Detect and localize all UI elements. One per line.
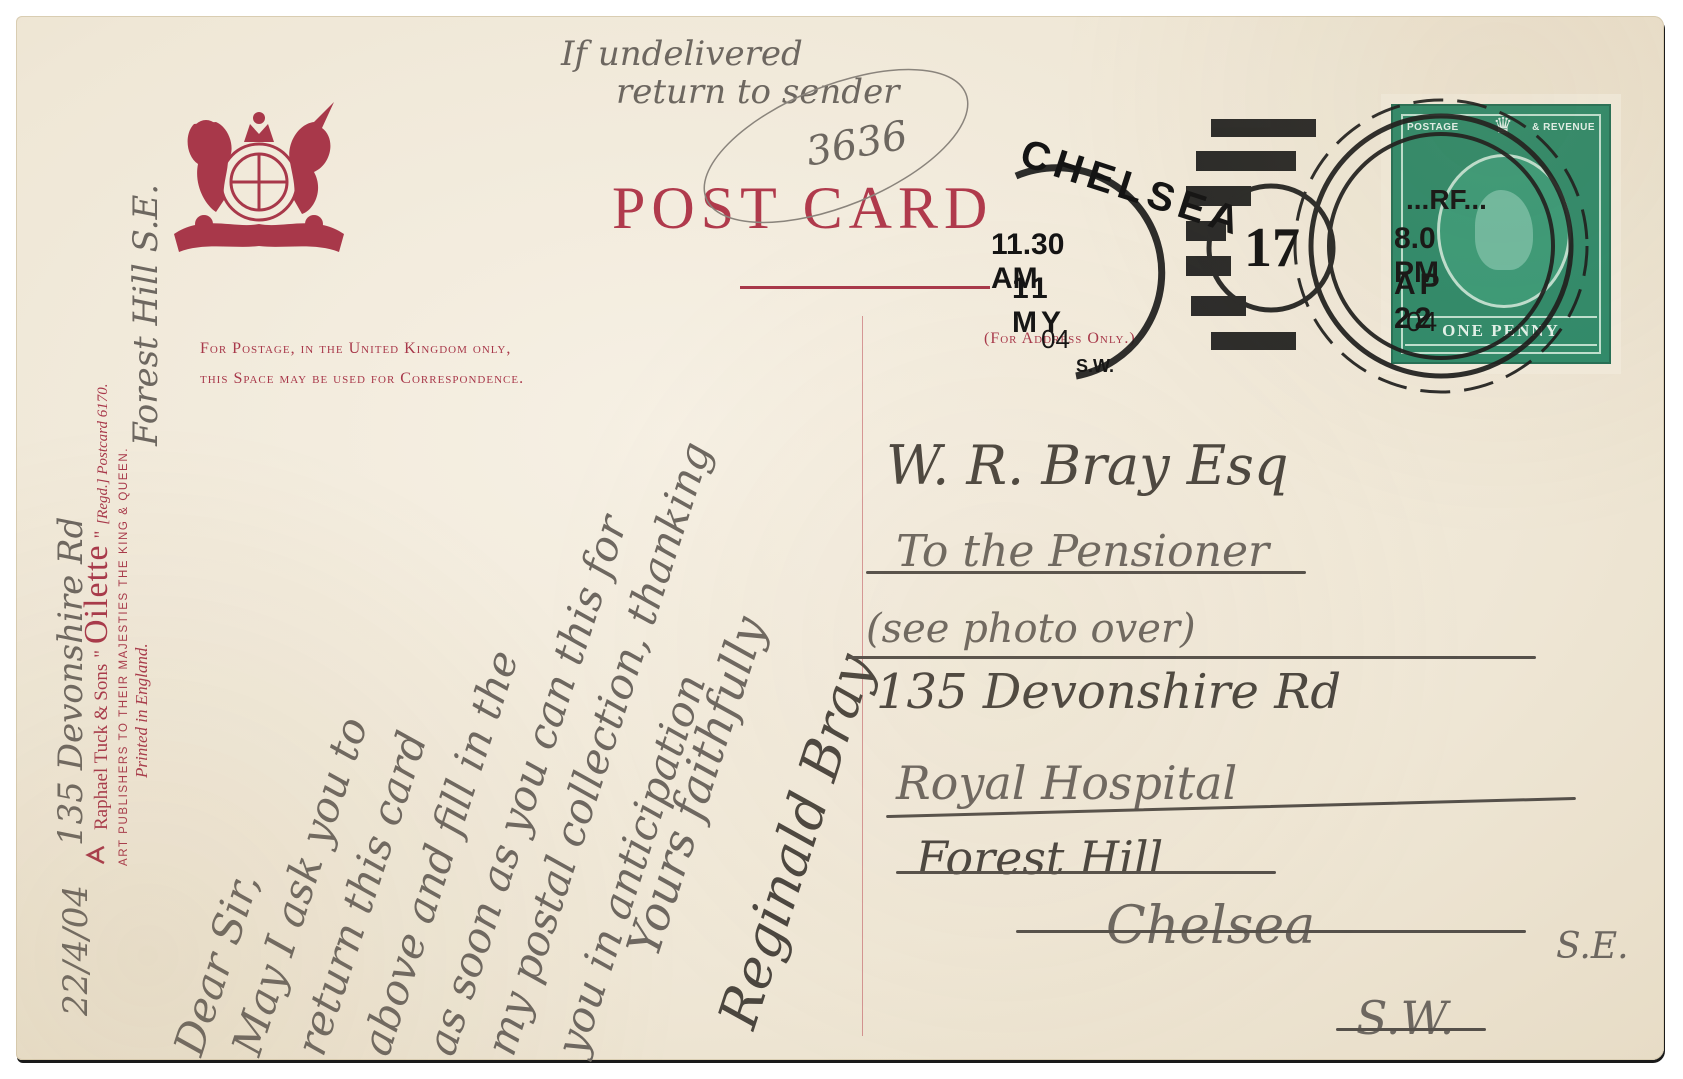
- sender-address-line1: 135 Devonshire Rd: [51, 517, 91, 846]
- city-suffix: S.E.: [1556, 926, 1629, 967]
- recipient-street: 135 Devonshire Rd: [876, 664, 1341, 720]
- address-struck-district: S.W.: [1356, 991, 1454, 1045]
- postcard: Raphael Tuck & Sons " Oilette " [Regd.] …: [16, 16, 1664, 1060]
- date-note: 22/4/04: [56, 885, 96, 1016]
- address-struck-city: Chelsea: [1106, 896, 1315, 956]
- address-struck-3: Royal Hospital: [896, 756, 1237, 810]
- sender-address-line2: Forest Hill S.E.: [126, 184, 166, 446]
- address-struck-1: To the Pensioner: [896, 526, 1269, 577]
- address-struck-2: (see photo over): [866, 606, 1196, 652]
- recipient-name: W. R. Bray Esq: [886, 434, 1288, 497]
- address-struck-4: Forest Hill: [916, 831, 1163, 885]
